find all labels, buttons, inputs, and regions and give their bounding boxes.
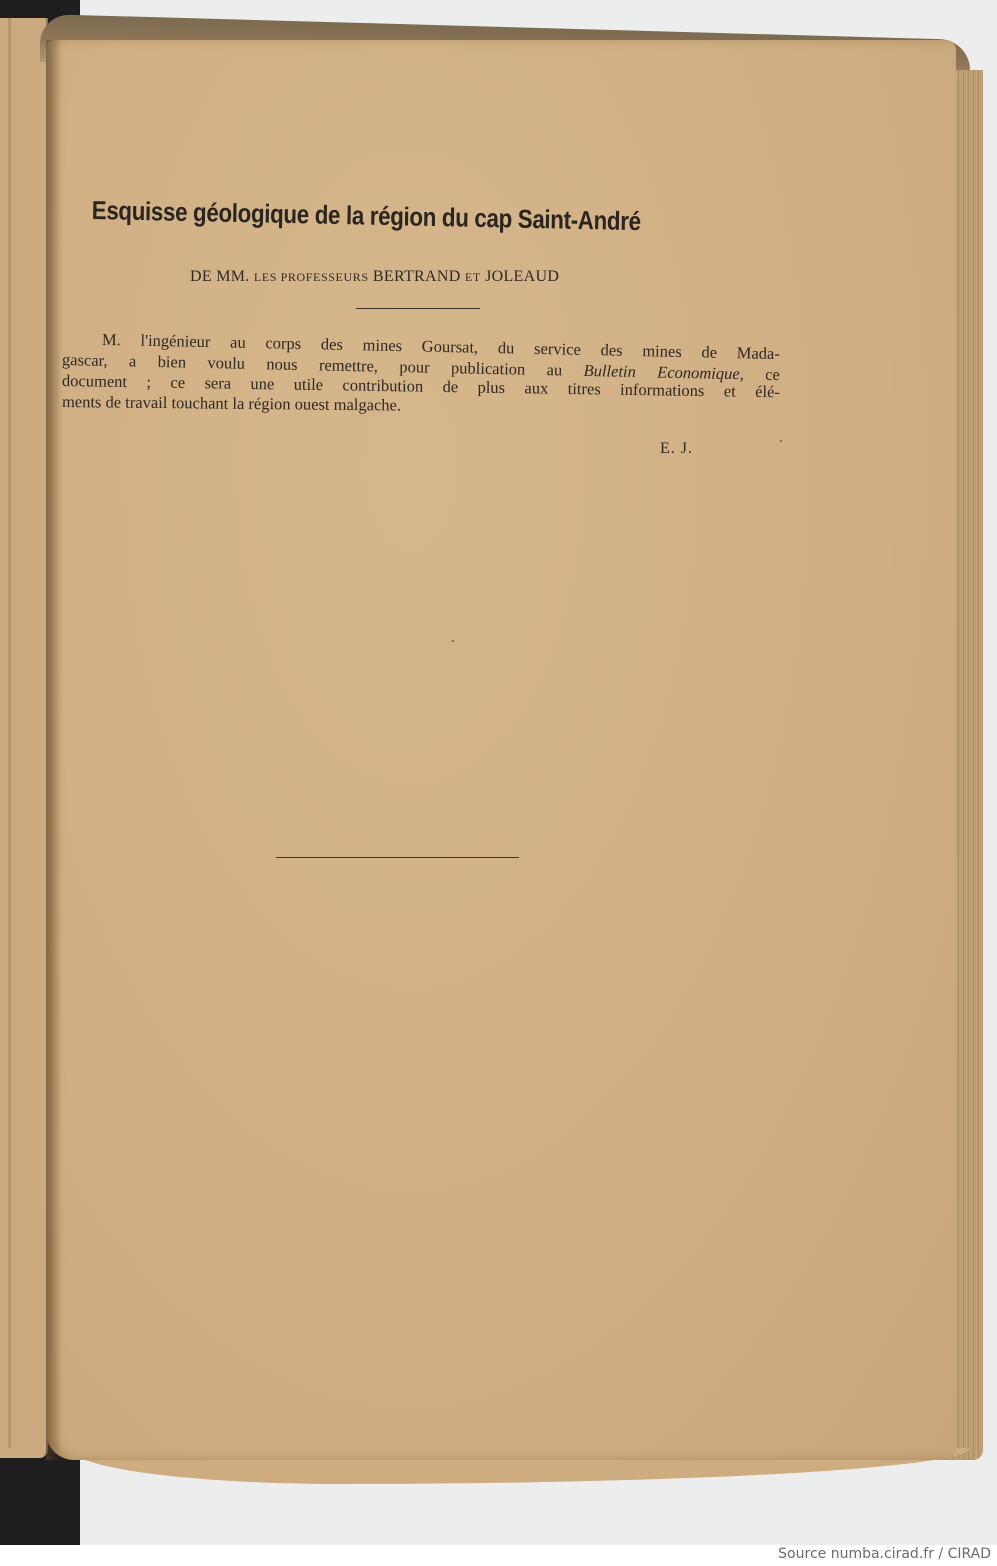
source-credit: Source numba.cirad.fr / CIRAD <box>778 1546 991 1562</box>
byline-prefix: DE MM. <box>190 268 250 285</box>
paper-speck <box>780 440 782 442</box>
byline-professors-label: LES PROFESSEURS <box>254 270 369 284</box>
signature-initials: E. J. <box>660 440 693 458</box>
byline-author-1: BERTRAND <box>373 268 461 285</box>
title-divider <box>356 308 480 309</box>
scanned-book-image: Esquisse géologique de la région du cap … <box>0 0 997 1545</box>
section-end-divider <box>276 857 519 858</box>
byline-author-2: JOLEAUD <box>485 268 559 285</box>
byline-conjunction: ET <box>465 270 481 284</box>
page-content: Esquisse géologique de la région du cap … <box>0 0 997 1545</box>
paper-speck <box>452 640 454 642</box>
document-title: Esquisse géologique de la région du cap … <box>92 195 677 238</box>
document-byline: DE MM. LES PROFESSEURS BERTRAND ET JOLEA… <box>190 268 559 286</box>
intro-paragraph: M. l'ingénieur au corps des mines Goursa… <box>62 328 780 412</box>
